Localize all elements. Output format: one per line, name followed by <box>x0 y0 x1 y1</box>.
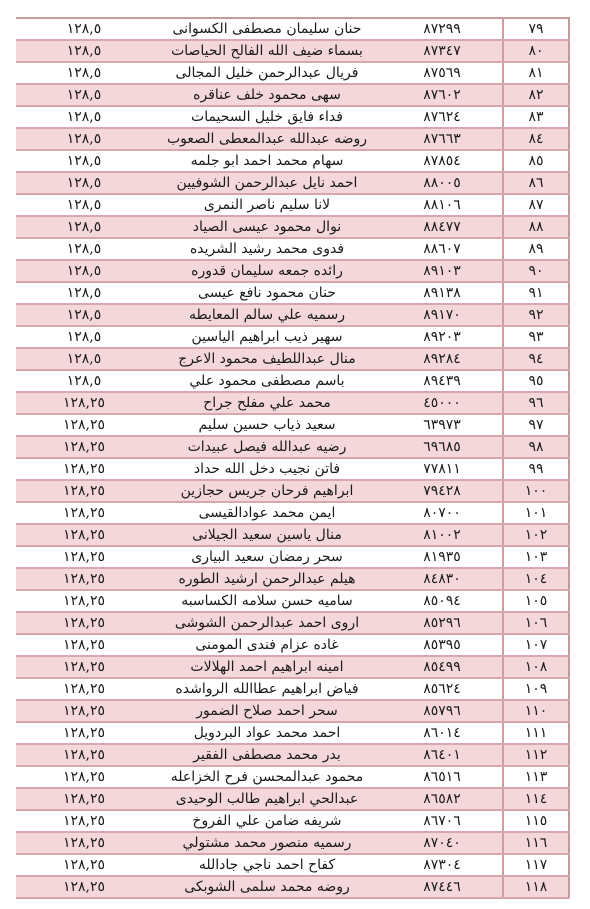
table-row: ١١٧٨٧٣٠٤كفاح احمد ناجي جادالله١٢٨,٢٥ <box>16 854 569 876</box>
id-number-cell: ٨٧٤٤٦ <box>382 876 503 898</box>
table-row: ١١٣٨٦٥١٦محمود عبدالمحسن فرح الخزاعله١٢٨,… <box>16 766 569 788</box>
id-number-cell: ٨٨٦٠٧ <box>382 238 503 260</box>
table-row: ٨٠٨٧٣٤٧بسماء ضيف الله الفالح الحياصات١٢٨… <box>16 40 569 62</box>
results-table: ٧٩٨٧٢٩٩حنان سليمان مصطفى الكسوانى١٢٨,٥٨٠… <box>16 17 570 899</box>
score-cell: ١٢٨,٢٥ <box>16 656 152 678</box>
id-number-cell: ٨٧٦٠٢ <box>382 84 503 106</box>
row-index-cell: ٨١ <box>503 62 569 84</box>
name-cell: كفاح احمد ناجي جادالله <box>152 854 382 876</box>
table-row: ٨٣٨٧٦٢٤فداء فايق خليل السحيمات١٢٨,٥ <box>16 106 569 128</box>
row-index-cell: ٩٧ <box>503 414 569 436</box>
name-cell: منال ياسين سعيد الجيلانى <box>152 524 382 546</box>
id-number-cell: ٨٧٢٩٩ <box>382 18 503 40</box>
score-cell: ١٢٨,٥ <box>16 84 152 106</box>
row-index-cell: ٨٥ <box>503 150 569 172</box>
score-cell: ١٢٨,٥ <box>16 18 152 40</box>
row-index-cell: ١٠٩ <box>503 678 569 700</box>
score-cell: ١٢٨,٢٥ <box>16 458 152 480</box>
table-row: ٩١٨٩١٣٨حنان محمود نافع عيسى١٢٨,٥ <box>16 282 569 304</box>
table-row: ٧٩٨٧٢٩٩حنان سليمان مصطفى الكسوانى١٢٨,٥ <box>16 18 569 40</box>
score-cell: ١٢٨,٢٥ <box>16 854 152 876</box>
score-cell: ١٢٨,٢٥ <box>16 678 152 700</box>
row-index-cell: ١٠٧ <box>503 634 569 656</box>
row-index-cell: ٧٩ <box>503 18 569 40</box>
name-cell: ابراهيم فرحان جريس حجازين <box>152 480 382 502</box>
id-number-cell: ٨٥٢٩٦ <box>382 612 503 634</box>
table-row: ١٠٧٨٥٣٩٥غاده عزام فندى المومنى١٢٨,٢٥ <box>16 634 569 656</box>
table-row: ١٠٥٨٥٠٩٤ساميه حسن سلامه الكساسبه١٢٨,٢٥ <box>16 590 569 612</box>
name-cell: سحر احمد صلاح الضمور <box>152 700 382 722</box>
score-cell: ١٢٨,٢٥ <box>16 612 152 634</box>
row-index-cell: ١١٢ <box>503 744 569 766</box>
row-index-cell: ١١٥ <box>503 810 569 832</box>
score-cell: ١٢٨,٢٥ <box>16 480 152 502</box>
table-row: ١٠٦٨٥٢٩٦اروى احمد عبدالرحمن الشوشى١٢٨,٢٥ <box>16 612 569 634</box>
name-cell: سهام محمد احمد ابو جلمه <box>152 150 382 172</box>
name-cell: بدر محمد مصطفى الفقير <box>152 744 382 766</box>
table-row: ١٠٨٨٥٤٩٩امينه ابراهيم احمد الهلالات١٢٨,٢… <box>16 656 569 678</box>
name-cell: احمد محمد عواد البردويل <box>152 722 382 744</box>
id-number-cell: ٨٥٠٩٤ <box>382 590 503 612</box>
row-index-cell: ١٠٦ <box>503 612 569 634</box>
name-cell: سهى محمود خلف عناقره <box>152 84 382 106</box>
name-cell: احمد نايل عبدالرحمن الشوفيين <box>152 172 382 194</box>
id-number-cell: ٨٧٣٠٤ <box>382 854 503 876</box>
name-cell: منال عبداللطيف محمود الاعرج <box>152 348 382 370</box>
table-row: ١١١٨٦٠١٤احمد محمد عواد البردويل١٢٨,٢٥ <box>16 722 569 744</box>
table-row: ١٠١٨٠٧٠٠ايمن محمد عوادالقيسى١٢٨,٢٥ <box>16 502 569 524</box>
name-cell: رضيه عبدالله فيصل عبيدات <box>152 436 382 458</box>
id-number-cell: ٨٥٧٩٦ <box>382 700 503 722</box>
row-index-cell: ٩٣ <box>503 326 569 348</box>
row-index-cell: ١٠٠ <box>503 480 569 502</box>
name-cell: حنان سليمان مصطفى الكسوانى <box>152 18 382 40</box>
id-number-cell: ٨٧٥٦٩ <box>382 62 503 84</box>
table-row: ١٠٩٨٥٦٢٤فياض ابراهيم عطاالله الرواشده١٢٨… <box>16 678 569 700</box>
table-row: ١١٥٨٦٧٠٦شريفه ضامن علي الفروخ١٢٨,٢٥ <box>16 810 569 832</box>
score-cell: ١٢٨,٢٥ <box>16 876 152 898</box>
table-row: ١٠٠٧٩٤٢٨ابراهيم فرحان جريس حجازين١٢٨,٢٥ <box>16 480 569 502</box>
id-number-cell: ٨٨٤٧٧ <box>382 216 503 238</box>
score-cell: ١٢٨,٥ <box>16 150 152 172</box>
score-cell: ١٢٨,٥ <box>16 326 152 348</box>
row-index-cell: ١٠٣ <box>503 546 569 568</box>
id-number-cell: ٨٧٠٤٠ <box>382 832 503 854</box>
score-cell: ١٢٨,٢٥ <box>16 502 152 524</box>
table-row: ٨٥٨٧٨٥٤سهام محمد احمد ابو جلمه١٢٨,٥ <box>16 150 569 172</box>
name-cell: سعيد ذياب حسين سليم <box>152 414 382 436</box>
id-number-cell: ٨٥٤٩٩ <box>382 656 503 678</box>
row-index-cell: ١١٨ <box>503 876 569 898</box>
row-index-cell: ١١٣ <box>503 766 569 788</box>
name-cell: امينه ابراهيم احمد الهلالات <box>152 656 382 678</box>
name-cell: رائده جمعه سليمان قدوره <box>152 260 382 282</box>
id-number-cell: ٨٧٨٥٤ <box>382 150 503 172</box>
name-cell: رسميه منصور محمد مشتولي <box>152 832 382 854</box>
name-cell: فداء فايق خليل السحيمات <box>152 106 382 128</box>
id-number-cell: ٨٠٧٠٠ <box>382 502 503 524</box>
row-index-cell: ٩٦ <box>503 392 569 414</box>
score-cell: ١٢٨,٢٥ <box>16 524 152 546</box>
table-row: ٨٧٨٨١٠٦لانا سليم ناصر النمرى١٢٨,٥ <box>16 194 569 216</box>
id-number-cell: ٨٨٠٠٥ <box>382 172 503 194</box>
score-cell: ١٢٨,٥ <box>16 216 152 238</box>
row-index-cell: ٩١ <box>503 282 569 304</box>
score-cell: ١٢٨,٥ <box>16 260 152 282</box>
row-index-cell: ٨٣ <box>503 106 569 128</box>
table-row: ٩٩٧٧٨١١فاتن نجيب دخل الله حداد١٢٨,٢٥ <box>16 458 569 480</box>
id-number-cell: ٨٩١٠٣ <box>382 260 503 282</box>
name-cell: ايمن محمد عوادالقيسى <box>152 502 382 524</box>
row-index-cell: ١٠٥ <box>503 590 569 612</box>
name-cell: فدوى محمد رشيد الشريده <box>152 238 382 260</box>
row-index-cell: ١٠٤ <box>503 568 569 590</box>
score-cell: ١٢٨,٢٥ <box>16 700 152 722</box>
row-index-cell: ٨٧ <box>503 194 569 216</box>
id-number-cell: ٧٩٤٢٨ <box>382 480 503 502</box>
table-row: ١٠٢٨١٠٠٢منال ياسين سعيد الجيلانى١٢٨,٢٥ <box>16 524 569 546</box>
table-row: ١٠٤٨٤٨٣٠هيلم عبدالرحمن ارشيد الطوره١٢٨,٢… <box>16 568 569 590</box>
name-cell: لانا سليم ناصر النمرى <box>152 194 382 216</box>
row-index-cell: ٩٩ <box>503 458 569 480</box>
score-cell: ١٢٨,٢٥ <box>16 744 152 766</box>
name-cell: عبدالحي ابراهيم طالب الوحيدى <box>152 788 382 810</box>
id-number-cell: ٦٩٦٨٥ <box>382 436 503 458</box>
name-cell: رسميه علي سالم المعايطه <box>152 304 382 326</box>
table-row: ٩٢٨٩١٧٠رسميه علي سالم المعايطه١٢٨,٥ <box>16 304 569 326</box>
table-row: ١١٠٨٥٧٩٦سحر احمد صلاح الضمور١٢٨,٢٥ <box>16 700 569 722</box>
table-row: ٨٨٨٨٤٧٧نوال محمود عيسى الصياد١٢٨,٥ <box>16 216 569 238</box>
table-row: ٩٥٨٩٤٣٩باسم مصطفى محمود علي١٢٨,٥ <box>16 370 569 392</box>
name-cell: سحر رمضان سعيد البيارى <box>152 546 382 568</box>
id-number-cell: ٨٩٢٠٣ <box>382 326 503 348</box>
id-number-cell: ٨٦٥٨٢ <box>382 788 503 810</box>
row-index-cell: ١١٦ <box>503 832 569 854</box>
row-index-cell: ١٠١ <box>503 502 569 524</box>
score-cell: ١٢٨,٢٥ <box>16 766 152 788</box>
table-row: ٩٠٨٩١٠٣رائده جمعه سليمان قدوره١٢٨,٥ <box>16 260 569 282</box>
id-number-cell: ٨٩١٧٠ <box>382 304 503 326</box>
name-cell: بسماء ضيف الله الفالح الحياصات <box>152 40 382 62</box>
id-number-cell: ٨٩١٣٨ <box>382 282 503 304</box>
score-cell: ١٢٨,٥ <box>16 238 152 260</box>
row-index-cell: ٩٥ <box>503 370 569 392</box>
name-cell: حنان محمود نافع عيسى <box>152 282 382 304</box>
score-cell: ١٢٨,٥ <box>16 282 152 304</box>
row-index-cell: ٨٤ <box>503 128 569 150</box>
score-cell: ١٢٨,٢٥ <box>16 590 152 612</box>
id-number-cell: ٨٤٨٣٠ <box>382 568 503 590</box>
id-number-cell: ٨٦٥١٦ <box>382 766 503 788</box>
score-cell: ١٢٨,٢٥ <box>16 436 152 458</box>
row-index-cell: ٨٨ <box>503 216 569 238</box>
score-cell: ١٢٨,٢٥ <box>16 810 152 832</box>
row-index-cell: ٨٩ <box>503 238 569 260</box>
id-number-cell: ٤٥٠٠٠ <box>382 392 503 414</box>
results-table-body: ٧٩٨٧٢٩٩حنان سليمان مصطفى الكسوانى١٢٨,٥٨٠… <box>16 18 569 898</box>
score-cell: ١٢٨,٥ <box>16 40 152 62</box>
id-number-cell: ٨٧٦٢٤ <box>382 106 503 128</box>
name-cell: اروى احمد عبدالرحمن الشوشى <box>152 612 382 634</box>
document-sheet: ٧٩٨٧٢٩٩حنان سليمان مصطفى الكسوانى١٢٨,٥٨٠… <box>16 17 566 899</box>
id-number-cell: ٨٥٣٩٥ <box>382 634 503 656</box>
row-index-cell: ٩٤ <box>503 348 569 370</box>
table-row: ٨٢٨٧٦٠٢سهى محمود خلف عناقره١٢٨,٥ <box>16 84 569 106</box>
score-cell: ١٢٨,٢٥ <box>16 392 152 414</box>
row-index-cell: ٨٦ <box>503 172 569 194</box>
score-cell: ١٢٨,٢٥ <box>16 832 152 854</box>
name-cell: فياض ابراهيم عطاالله الرواشده <box>152 678 382 700</box>
row-index-cell: ٨٠ <box>503 40 569 62</box>
score-cell: ١٢٨,٥ <box>16 62 152 84</box>
table-row: ٩٦٤٥٠٠٠محمد علي مفلح جراح١٢٨,٢٥ <box>16 392 569 414</box>
table-row: ١١٨٨٧٤٤٦روضه محمد سلمى الشوبكى١٢٨,٢٥ <box>16 876 569 898</box>
id-number-cell: ٨٩٤٣٩ <box>382 370 503 392</box>
row-index-cell: ١٠٢ <box>503 524 569 546</box>
row-index-cell: ١١٠ <box>503 700 569 722</box>
name-cell: نوال محمود عيسى الصياد <box>152 216 382 238</box>
row-index-cell: ١١٤ <box>503 788 569 810</box>
name-cell: محمود عبدالمحسن فرح الخزاعله <box>152 766 382 788</box>
name-cell: محمد علي مفلح جراح <box>152 392 382 414</box>
name-cell: روضه محمد سلمى الشوبكى <box>152 876 382 898</box>
id-number-cell: ٨٧٣٤٧ <box>382 40 503 62</box>
row-index-cell: ٨٢ <box>503 84 569 106</box>
id-number-cell: ٨٨١٠٦ <box>382 194 503 216</box>
score-cell: ١٢٨,٥ <box>16 194 152 216</box>
name-cell: روضه عبدالله عبدالمعطى الصعوب <box>152 128 382 150</box>
name-cell: غاده عزام فندى المومنى <box>152 634 382 656</box>
score-cell: ١٢٨,٥ <box>16 128 152 150</box>
score-cell: ١٢٨,٥ <box>16 106 152 128</box>
score-cell: ١٢٨,٢٥ <box>16 546 152 568</box>
table-row: ٩٨٦٩٦٨٥رضيه عبدالله فيصل عبيدات١٢٨,٢٥ <box>16 436 569 458</box>
score-cell: ١٢٨,٥ <box>16 348 152 370</box>
name-cell: فريال عبدالرحمن خليل المجالى <box>152 62 382 84</box>
table-row: ٨١٨٧٥٦٩فريال عبدالرحمن خليل المجالى١٢٨,٥ <box>16 62 569 84</box>
id-number-cell: ٨٩٢٨٤ <box>382 348 503 370</box>
score-cell: ١٢٨,٥ <box>16 304 152 326</box>
table-row: ٨٦٨٨٠٠٥احمد نايل عبدالرحمن الشوفيين١٢٨,٥ <box>16 172 569 194</box>
row-index-cell: ١٠٨ <box>503 656 569 678</box>
row-index-cell: ١١١ <box>503 722 569 744</box>
id-number-cell: ٨٦٧٠٦ <box>382 810 503 832</box>
row-index-cell: ٩٠ <box>503 260 569 282</box>
id-number-cell: ٧٧٨١١ <box>382 458 503 480</box>
id-number-cell: ٦٣٩٧٣ <box>382 414 503 436</box>
id-number-cell: ٨٥٦٢٤ <box>382 678 503 700</box>
table-row: ٨٤٨٧٦٦٣روضه عبدالله عبدالمعطى الصعوب١٢٨,… <box>16 128 569 150</box>
table-row: ٩٣٨٩٢٠٣سهير ذيب ابراهيم الياسين١٢٨,٥ <box>16 326 569 348</box>
row-index-cell: ٩٢ <box>503 304 569 326</box>
name-cell: شريفه ضامن علي الفروخ <box>152 810 382 832</box>
table-row: ٩٧٦٣٩٧٣سعيد ذياب حسين سليم١٢٨,٢٥ <box>16 414 569 436</box>
name-cell: فاتن نجيب دخل الله حداد <box>152 458 382 480</box>
table-row: ١١٤٨٦٥٨٢عبدالحي ابراهيم طالب الوحيدى١٢٨,… <box>16 788 569 810</box>
score-cell: ١٢٨,٢٥ <box>16 722 152 744</box>
row-index-cell: ٩٨ <box>503 436 569 458</box>
name-cell: ساميه حسن سلامه الكساسبه <box>152 590 382 612</box>
score-cell: ١٢٨,٢٥ <box>16 568 152 590</box>
name-cell: هيلم عبدالرحمن ارشيد الطوره <box>152 568 382 590</box>
name-cell: باسم مصطفى محمود علي <box>152 370 382 392</box>
table-row: ١١٢٨٦٤٠١بدر محمد مصطفى الفقير١٢٨,٢٥ <box>16 744 569 766</box>
name-cell: سهير ذيب ابراهيم الياسين <box>152 326 382 348</box>
id-number-cell: ٨١٠٠٢ <box>382 524 503 546</box>
table-row: ٩٤٨٩٢٨٤منال عبداللطيف محمود الاعرج١٢٨,٥ <box>16 348 569 370</box>
id-number-cell: ٨٧٦٦٣ <box>382 128 503 150</box>
score-cell: ١٢٨,٢٥ <box>16 634 152 656</box>
table-row: ١١٦٨٧٠٤٠رسميه منصور محمد مشتولي١٢٨,٢٥ <box>16 832 569 854</box>
id-number-cell: ٨٦٤٠١ <box>382 744 503 766</box>
score-cell: ١٢٨,٥ <box>16 172 152 194</box>
table-row: ١٠٣٨١٩٣٥سحر رمضان سعيد البيارى١٢٨,٢٥ <box>16 546 569 568</box>
table-row: ٨٩٨٨٦٠٧فدوى محمد رشيد الشريده١٢٨,٥ <box>16 238 569 260</box>
id-number-cell: ٨٦٠١٤ <box>382 722 503 744</box>
score-cell: ١٢٨,٥ <box>16 370 152 392</box>
score-cell: ١٢٨,٢٥ <box>16 414 152 436</box>
row-index-cell: ١١٧ <box>503 854 569 876</box>
id-number-cell: ٨١٩٣٥ <box>382 546 503 568</box>
score-cell: ١٢٨,٢٥ <box>16 788 152 810</box>
